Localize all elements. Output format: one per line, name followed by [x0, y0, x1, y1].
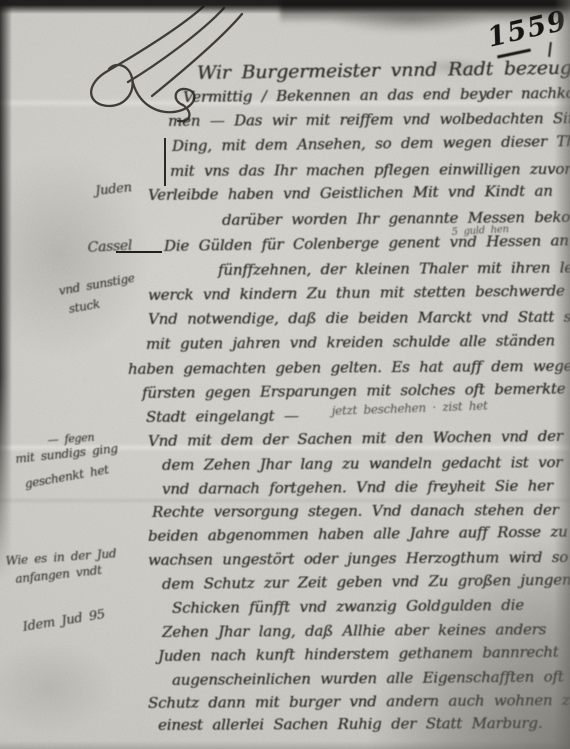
film-grain-overlay — [0, 0, 570, 749]
manuscript-page: 1559 Wir Burgermeister vnnd Radt bezeugt… — [0, 0, 570, 749]
